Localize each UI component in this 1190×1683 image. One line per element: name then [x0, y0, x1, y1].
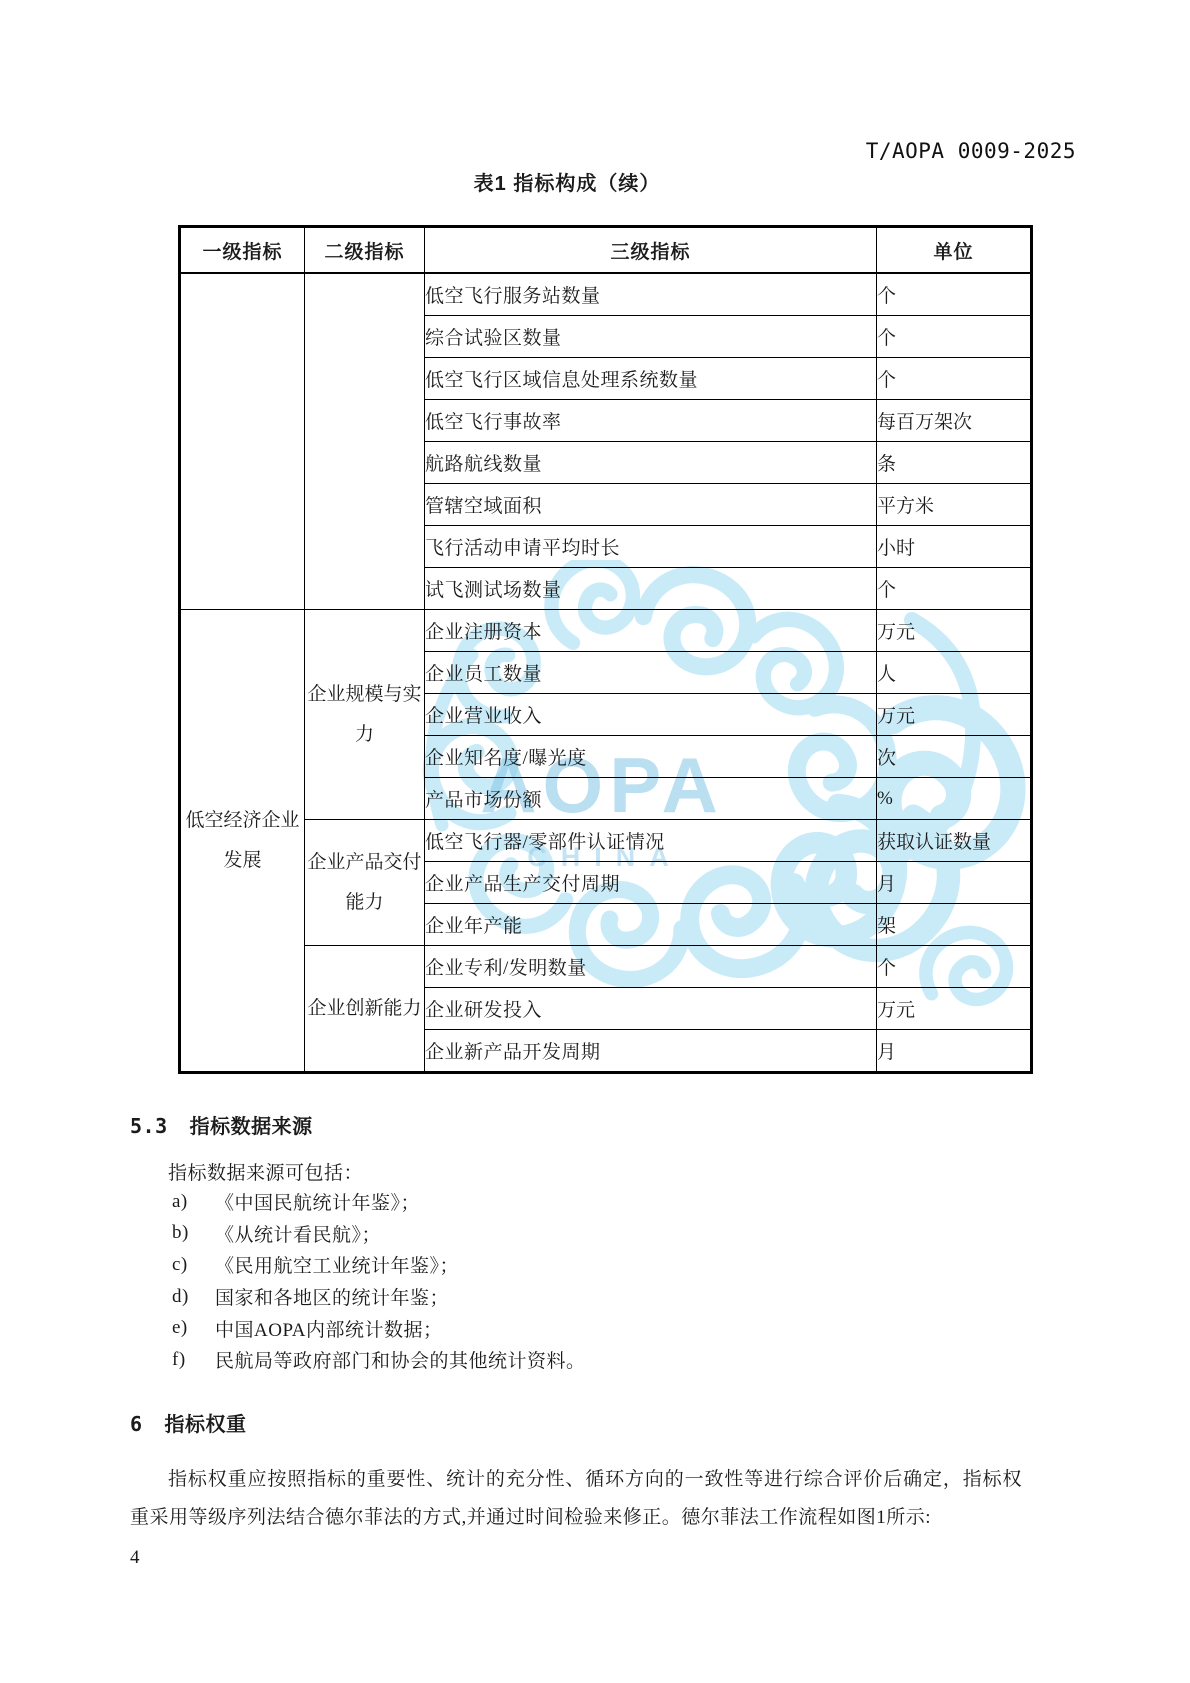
- table-cell-unit: 小时: [877, 526, 1032, 568]
- list-item-text: 国家和各地区的统计年鉴；: [215, 1283, 449, 1310]
- table-cell-unit: 平方米: [877, 484, 1032, 526]
- table-cell-unit: 每百万架次: [877, 400, 1032, 442]
- list-item: a)《中国民航统计年鉴》；: [172, 1186, 586, 1218]
- table-header-cell: 单位: [877, 227, 1032, 274]
- table-cell-unit: 个: [877, 946, 1032, 988]
- table-cell-indicator: 企业新产品开发周期: [425, 1030, 877, 1073]
- list-item: b)《从统计看民航》；: [172, 1218, 586, 1250]
- table-cell-unit: %: [877, 778, 1032, 820]
- table-title: 表1 指标构成（续）: [0, 167, 1162, 196]
- table-cell-level2: 企业规模与实力: [305, 610, 425, 820]
- list-item: f)民航局等政府部门和协会的其他统计资料。: [172, 1344, 586, 1376]
- table-cell-unit: 个: [877, 358, 1032, 400]
- list-item-label: d): [172, 1286, 215, 1308]
- table-cell-indicator: 企业注册资本: [425, 610, 877, 652]
- table-row: 低空飞行服务站数量 个: [180, 273, 1032, 316]
- table-cell-unit: 万元: [877, 694, 1032, 736]
- table-cell-unit: 架: [877, 904, 1032, 946]
- table-cell-indicator: 企业员工数量: [425, 652, 877, 694]
- table-cell-unit: 月: [877, 862, 1032, 904]
- list-item-text: 《民用航空工业统计年鉴》；: [215, 1251, 459, 1278]
- list-item-label: c): [172, 1254, 215, 1276]
- page-number: 4: [130, 1547, 140, 1569]
- table-cell-unit: 个: [877, 568, 1032, 610]
- table-cell-unit: 人: [877, 652, 1032, 694]
- table-cell-indicator: 企业营业收入: [425, 694, 877, 736]
- list-item-text: 《中国民航统计年鉴》；: [215, 1188, 420, 1215]
- table-header-cell: 三级指标: [425, 227, 877, 274]
- table-cell-indicator: 企业产品生产交付周期: [425, 862, 877, 904]
- table-cell-indicator: 低空飞行器/零部件认证情况: [425, 820, 877, 862]
- table-cell-level2: 企业产品交付能力: [305, 820, 425, 946]
- table-cell-unit: 获取认证数量: [877, 820, 1032, 862]
- list-item-label: b): [172, 1222, 215, 1244]
- section-heading-5-3: 5.3指标数据来源: [130, 1110, 313, 1139]
- indicator-table: 一级指标 二级指标 三级指标 单位 低空飞行服务站数量 个 综合试验区数量 个 …: [178, 225, 1033, 1074]
- table-cell-unit: 次: [877, 736, 1032, 778]
- table-cell-level1: [180, 273, 305, 610]
- table-header-row: 一级指标 二级指标 三级指标 单位: [180, 227, 1032, 274]
- section-title: 指标数据来源: [190, 1116, 313, 1138]
- weights-paragraph: 指标权重应按照指标的重要性、统计的充分性、循环方向的一致性等进行综合评价后确定，…: [130, 1461, 1022, 1537]
- document-page: T/AOPA 0009-2025 表1 指标构成（续） AOPA CHINA: [0, 0, 1190, 1683]
- sources-list: a)《中国民航统计年鉴》； b)《从统计看民航》； c)《民用航空工业统计年鉴》…: [172, 1186, 586, 1376]
- table-row: 企业创新能力 企业专利/发明数量 个: [180, 946, 1032, 988]
- table-cell-indicator: 综合试验区数量: [425, 316, 877, 358]
- section-title: 指标权重: [165, 1414, 247, 1436]
- table-cell-indicator: 低空飞行服务站数量: [425, 273, 877, 316]
- list-item: c)《民用航空工业统计年鉴》；: [172, 1249, 586, 1281]
- table-cell-indicator: 企业年产能: [425, 904, 877, 946]
- table-row: 低空经济企业发展 企业规模与实力 企业注册资本 万元: [180, 610, 1032, 652]
- table-cell-indicator: 企业研发投入: [425, 988, 877, 1030]
- table-cell-indicator: 低空飞行区域信息处理系统数量: [425, 358, 877, 400]
- list-item-label: f): [172, 1349, 215, 1371]
- table-cell-indicator: 产品市场份额: [425, 778, 877, 820]
- table-cell-indicator: 企业知名度/曝光度: [425, 736, 877, 778]
- table-cell-indicator: 管辖空域面积: [425, 484, 877, 526]
- table-cell-unit: 万元: [877, 610, 1032, 652]
- table-cell-indicator: 低空飞行事故率: [425, 400, 877, 442]
- table-row: 企业产品交付能力 低空飞行器/零部件认证情况 获取认证数量: [180, 820, 1032, 862]
- list-item-text: 中国AOPA内部统计数据；: [215, 1315, 443, 1342]
- table-header-cell: 二级指标: [305, 227, 425, 274]
- list-item-text: 民航局等政府部门和协会的其他统计资料。: [215, 1346, 586, 1373]
- table-cell-unit: 月: [877, 1030, 1032, 1073]
- list-item-label: a): [172, 1191, 215, 1213]
- table-cell-indicator: 试飞测试场数量: [425, 568, 877, 610]
- list-item-label: e): [172, 1317, 215, 1339]
- table-header-cell: 一级指标: [180, 227, 305, 274]
- table-cell-level2: [305, 273, 425, 610]
- table-cell-unit: 条: [877, 442, 1032, 484]
- sources-intro: 指标数据来源可包括：: [168, 1158, 363, 1185]
- table-cell-level1: 低空经济企业发展: [180, 610, 305, 1073]
- table-cell-unit: 个: [877, 273, 1032, 316]
- section-number: 6: [130, 1412, 143, 1436]
- table-cell-indicator: 飞行活动申请平均时长: [425, 526, 877, 568]
- list-item: d)国家和各地区的统计年鉴；: [172, 1281, 586, 1313]
- section-number: 5.3: [130, 1114, 168, 1138]
- table-cell-level2: 企业创新能力: [305, 946, 425, 1073]
- table-cell-indicator: 航路航线数量: [425, 442, 877, 484]
- section-heading-6: 6指标权重: [130, 1408, 247, 1437]
- table-cell-unit: 个: [877, 316, 1032, 358]
- table-cell-indicator: 企业专利/发明数量: [425, 946, 877, 988]
- doc-code: T/AOPA 0009-2025: [866, 139, 1076, 163]
- table-cell-unit: 万元: [877, 988, 1032, 1030]
- list-item-text: 《从统计看民航》；: [215, 1220, 381, 1247]
- list-item: e)中国AOPA内部统计数据；: [172, 1312, 586, 1344]
